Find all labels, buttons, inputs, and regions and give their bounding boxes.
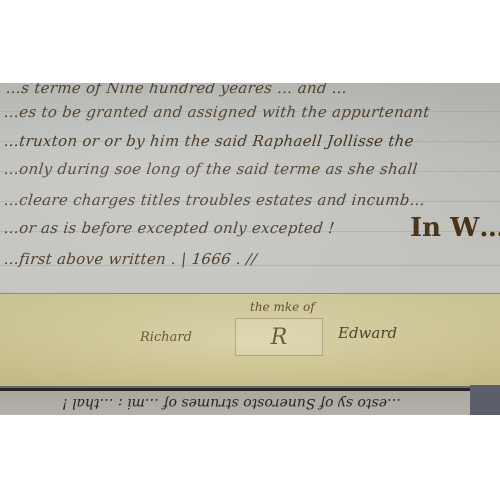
ruled-line [0,111,500,112]
ruled-line [0,171,500,172]
attestation-heading: In W… [410,213,500,243]
background-surface [470,385,500,415]
deed-text-line: …cleare charges titles troubles estates … [3,191,426,209]
signatory-first-name: Richard [140,330,192,345]
inverted-text-line: …esto sy of Sunerosto strumes of …mi : …… [62,395,401,411]
ruled-line [0,201,500,202]
ruled-line [0,141,500,142]
signatory-surname: Edward [338,324,397,342]
deed-text-line: …s terme of Nine hundred yeares … and … [5,83,348,97]
deed-text-line: …or as is before excepted only excepted … [3,219,335,237]
lower-deed-sheet: …esto sy of Sunerosto strumes of …mi : …… [0,388,470,415]
deed-text-line: …truxton or or by him the said Raphaell … [3,132,415,150]
upper-deed-sheet: …s terme of Nine hundred yeares … and … … [0,83,500,295]
deed-text-line: …first above written . | 1666 . // [3,250,258,268]
ruled-line [0,231,500,232]
mark-caption: the mke of [250,300,315,314]
signatory-mark: R [236,319,322,355]
deed-text-line: …es to be granted and assigned with the … [3,103,430,121]
deed-text-line: …only during soe long of the said terme … [3,160,418,178]
ruled-line [0,265,500,266]
parchment-signature-strip: the mke of Richard R Edward [0,293,500,386]
document-photograph: …s terme of Nine hundred yeares … and … … [0,83,500,415]
signature-mark-box: R [235,318,323,356]
